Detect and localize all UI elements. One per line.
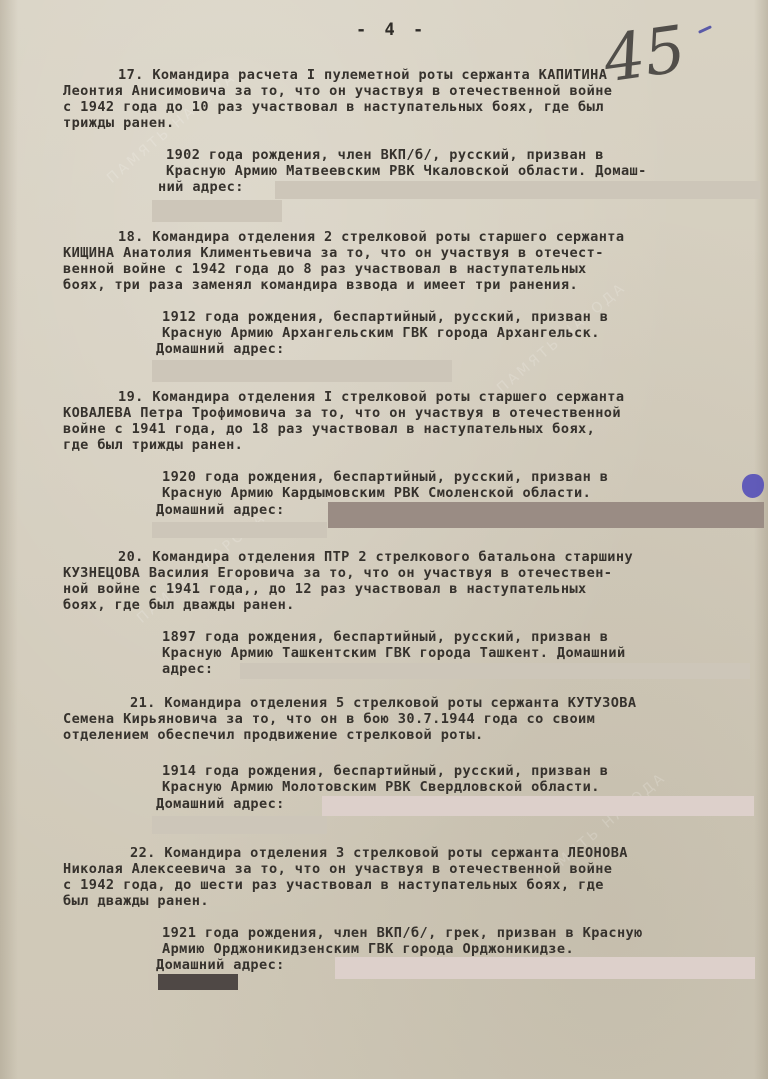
entry-20-line: 20. Командира отделения ПТР 2 стрелковог… [118, 550, 633, 565]
entry-19-bio: Домашний адрес: [156, 503, 285, 518]
entry-21-line: Семена Кирьяновича за то, что он в бою 3… [63, 712, 595, 727]
entry-18-bio: 1912 года рождения, беспартийный, русски… [162, 310, 608, 325]
entry-18-line: КИЩИНА Анатолия Климентьевича за то, что… [63, 246, 604, 261]
entry-22-bio: Домашний адрес: [156, 958, 285, 973]
entry-20-bio: 1897 года рождения, беспартийный, русски… [162, 630, 608, 645]
entry-22-line: Николая Алексеевича за то, что он участв… [63, 862, 612, 877]
entry-18-line: венной войне с 1942 года до 8 раз участв… [63, 262, 587, 277]
redacted-address [335, 957, 755, 979]
entry-22-bio: Армию Орджоникидзенским ГВК города Орджо… [162, 942, 574, 957]
entry-18-bio: Домашний адрес: [156, 342, 285, 357]
ink-tick-mark [698, 25, 712, 34]
entry-18-bio: Красную Армию Архангельским ГВК города А… [162, 326, 600, 341]
redacted-address [275, 181, 760, 199]
entry-20-line: ной войне с 1941 года,, до 12 раз участв… [63, 582, 587, 597]
redacted-address [328, 502, 764, 528]
entry-20-line: КУЗНЕЦОВА Василия Егоровича за то, что о… [63, 566, 612, 581]
entry-19-line: КОВАЛЕВА Петра Трофимовича за то, что он… [63, 406, 621, 421]
entry-17-bio: Красную Армию Матвеевским РВК Чкаловской… [166, 164, 647, 179]
entry-21-bio: Домашний адрес: [156, 797, 285, 812]
entry-22-line: с 1942 года, до шести раз участвовал в н… [63, 878, 604, 893]
redacted-address [152, 200, 282, 222]
entry-17-line: 17. Командира расчета I пулеметной роты … [118, 68, 607, 83]
entry-19-bio: 1920 года рождения, беспартийный, русски… [162, 470, 608, 485]
entry-17-line: Леонтия Анисимовича за то, что он участв… [63, 84, 612, 99]
entry-19-line: войне с 1941 года, до 18 раз участвовал … [63, 422, 595, 437]
entry-19-line: 19. Командира отделения I стрелковой рот… [118, 390, 624, 405]
entry-21-bio: Красную Армию Молотовским РВК Свердловск… [162, 780, 600, 795]
redacted-address [240, 663, 750, 679]
entry-22-line: был дважды ранен. [63, 894, 209, 909]
entry-20-bio: Красную Армию Ташкентским ГВК города Таш… [162, 646, 626, 661]
entry-19-bio: Красную Армию Кардымовским РВК Смоленско… [162, 486, 591, 501]
entry-17-line: с 1942 года до 10 раз участвовал в насту… [63, 100, 604, 115]
redacted-address [152, 816, 327, 834]
document-page: ПАМЯТЬ НАРОДА ПАМЯТЬ НАРОДА ПАМЯТЬ НАРОД… [0, 0, 768, 1079]
entry-22-line: 22. Командира отделения 3 стрелковой рот… [130, 846, 628, 861]
redacted-address [152, 522, 327, 538]
entry-18-line: 18. Командира отделения 2 стрелковой рот… [118, 230, 624, 245]
entry-21-line: 21. Командира отделения 5 стрелковой рот… [130, 696, 636, 711]
paper-edge-right [754, 0, 768, 1079]
redacted-address [322, 796, 754, 816]
entry-17-bio: ний адрес: [158, 180, 244, 195]
entry-21-line: отделением обеспечил продвижение стрелко… [63, 728, 484, 743]
entry-22-bio: 1921 года рождения, член ВКП/б/, грек, п… [162, 926, 643, 941]
entry-18-line: боях, три раза заменял командира взвода … [63, 278, 578, 293]
entry-20-bio: адрес: [162, 662, 214, 677]
entry-19-line: где был трижды ранен. [63, 438, 243, 453]
page-number: - 4 - [356, 20, 427, 40]
handwritten-sheet-number: 45 [599, 13, 690, 98]
entry-17-bio: 1902 года рождения, член ВКП/б/, русский… [166, 148, 604, 163]
paper-edge-left [0, 0, 18, 1079]
entry-17-line: трижды ранен. [63, 116, 175, 131]
entry-21-bio: 1914 года рождения, беспартийный, русски… [162, 764, 608, 779]
redacted-address [158, 974, 238, 990]
redacted-address [152, 360, 452, 382]
entry-20-line: боях, где был дважды ранен. [63, 598, 295, 613]
